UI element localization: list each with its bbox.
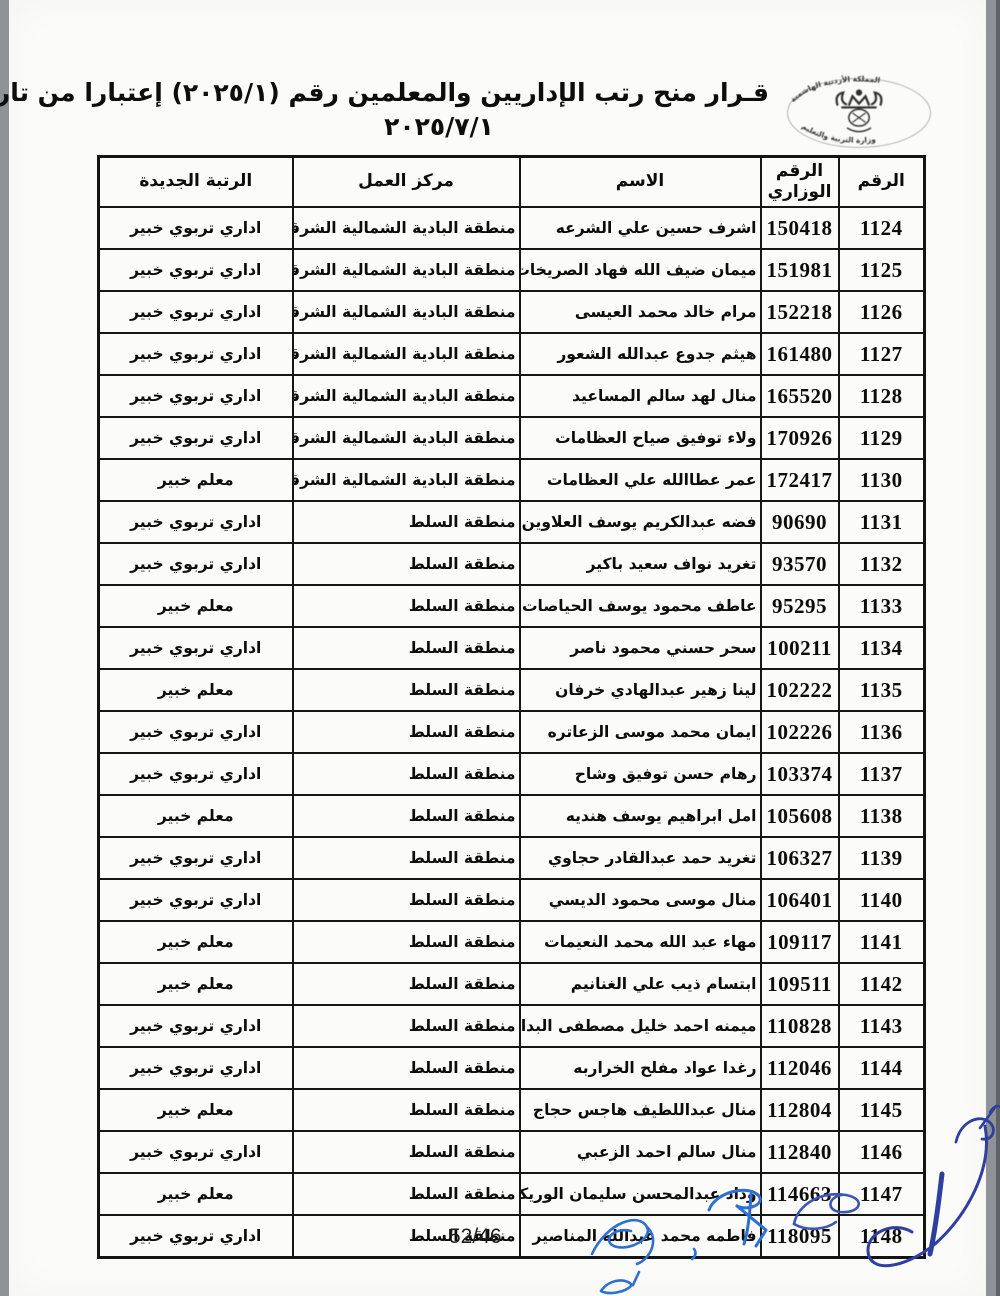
cell-number: 1141 [839,921,925,963]
table-row: 1126 152218 مرام خالد محمد العيسى منطقة … [99,291,925,333]
title-line-1: قـرار منح رتب الإداريين والمعلمين رقم (٢… [109,76,769,110]
cell-ministry-number: 150418 [761,207,839,249]
cell-work-center: منطقة السلط [293,795,520,837]
cell-number: 1145 [839,1089,925,1131]
cell-work-center: منطقة السلط [293,963,520,1005]
cell-new-rank: معلم خبير [99,459,293,501]
cell-ministry-number: 170926 [761,417,839,459]
table-row: 1141 109117 مهاء عبد الله محمد النعيمات … [99,921,925,963]
table-row: 1133 95295 عاطف محمود يوسف الحياصات منطق… [99,585,925,627]
column-header-work-center: مركز العمل [293,157,520,208]
cell-name: منال لهد سالم المساعيد [520,375,761,417]
cell-work-center: منطقة السلط [293,1047,520,1089]
cell-name: عاطف محمود يوسف الحياصات [520,585,761,627]
cell-number: 1142 [839,963,925,1005]
column-header-number: الرقم [839,157,925,208]
cell-new-rank: معلم خبير [99,1089,293,1131]
cell-name: فاطمه محمد عبدالله المناصير [520,1215,761,1258]
cell-number: 1133 [839,585,925,627]
cell-ministry-number: 109117 [761,921,839,963]
cell-ministry-number: 161480 [761,333,839,375]
table-row: 1140 106401 منال موسى محمود الديسي منطقة… [99,879,925,921]
cell-work-center: منطقة البادية الشمالية الشرقية [293,291,520,333]
cell-name: منال عبداللطيف هاجس حجاج [520,1089,761,1131]
cell-name: اشرف حسين علي الشرعه [520,207,761,249]
cell-new-rank: اداري تربوي خبير [99,711,293,753]
cell-name: منال سالم احمد الزعبي [520,1131,761,1173]
cell-work-center: منطقة السلط [293,585,520,627]
title-line-2: ٢٠٢٥/٧/١ [109,110,769,143]
cell-name: مرام خالد محمد العيسى [520,291,761,333]
cell-ministry-number: 112804 [761,1089,839,1131]
table-row: 1147 114663 وداد عبدالمحسن سليمان الوريك… [99,1173,925,1215]
cell-number: 1138 [839,795,925,837]
cell-number: 1137 [839,753,925,795]
table-row: 1143 110828 ميمنه احمد خليل مصطفى البداد… [99,1005,925,1047]
cell-number: 1130 [839,459,925,501]
cell-work-center: منطقة السلط [293,543,520,585]
table-row: 1124 150418 اشرف حسين علي الشرعه منطقة ا… [99,207,925,249]
cell-ministry-number: 106401 [761,879,839,921]
table-header-row: الرقم الرقم الوزاري الاسم مركز العمل الر… [99,157,925,208]
cell-number: 1147 [839,1173,925,1215]
cell-number: 1143 [839,1005,925,1047]
table-row: 1139 106327 تغريد حمد عبدالقادر حجاوي من… [99,837,925,879]
table-row: 1145 112804 منال عبداللطيف هاجس حجاج منط… [99,1089,925,1131]
table-row: 1135 102222 لينا زهير عبدالهادي خرفان من… [99,669,925,711]
cell-number: 1139 [839,837,925,879]
cell-ministry-number: 93570 [761,543,839,585]
cell-work-center: منطقة السلط [293,879,520,921]
cell-name: ابتسام ذيب علي الغنانيم [520,963,761,1005]
cell-work-center: منطقة السلط [293,1089,520,1131]
column-header-name: الاسم [520,157,761,208]
cell-number: 1128 [839,375,925,417]
cell-number: 1127 [839,333,925,375]
table-row: 1130 172417 عمر عطاالله علي العظامات منط… [99,459,925,501]
cell-ministry-number: 118095 [761,1215,839,1258]
cell-work-center: منطقة السلط [293,837,520,879]
cell-new-rank: اداري تربوي خبير [99,417,293,459]
scanned-document-page: { "page": { "background_color": "#8f9296… [0,0,1000,1296]
cell-name: ايمان محمد موسى الزعاتره [520,711,761,753]
cell-number: 1136 [839,711,925,753]
ministry-of-education-seal-logo: المملكة الأردنية الهاشمية وزارة التربية … [779,74,939,152]
cell-new-rank: معلم خبير [99,669,293,711]
cell-name: لينا زهير عبدالهادي خرفان [520,669,761,711]
cell-name: عمر عطاالله علي العظامات [520,459,761,501]
cell-work-center: منطقة السلط [293,1131,520,1173]
table-row: 1136 102226 ايمان محمد موسى الزعاتره منط… [99,711,925,753]
table-row: 1148 118095 فاطمه محمد عبدالله المناصير … [99,1215,925,1258]
cell-name: رهام حسن توفيق وشاح [520,753,761,795]
cell-ministry-number: 152218 [761,291,839,333]
cell-ministry-number: 102226 [761,711,839,753]
cell-work-center: منطقة البادية الشمالية الشرقية [293,207,520,249]
rank-grant-table: الرقم الرقم الوزاري الاسم مركز العمل الر… [97,155,926,1259]
cell-name: ميمان ضيف الله فهاد الصريخات [520,249,761,291]
cell-work-center: منطقة البادية الشمالية الشرقية [293,249,520,291]
cell-new-rank: اداري تربوي خبير [99,543,293,585]
column-header-ministry-number: الرقم الوزاري [761,157,839,208]
cell-name: ولاء توفيق صياح العظامات [520,417,761,459]
cell-work-center: منطقة السلط [293,921,520,963]
cell-new-rank: معلم خبير [99,963,293,1005]
cell-number: 1129 [839,417,925,459]
cell-new-rank: معلم خبير [99,921,293,963]
cell-ministry-number: 114663 [761,1173,839,1215]
cell-ministry-number: 110828 [761,1005,839,1047]
cell-ministry-number: 105608 [761,795,839,837]
cell-ministry-number: 165520 [761,375,839,417]
cell-name: وداد عبدالمحسن سليمان الوريكات [520,1173,761,1215]
column-header-new-rank: الرتبة الجديدة [99,157,293,208]
cell-new-rank: اداري تربوي خبير [99,627,293,669]
cell-new-rank: اداري تربوي خبير [99,753,293,795]
table-row: 1131 90690 فضه عبدالكريم يوسف العلاوين م… [99,501,925,543]
cell-number: 1135 [839,669,925,711]
table-row: 1134 100211 سحر حسني محمود ناصر منطقة ال… [99,627,925,669]
table-row: 1142 109511 ابتسام ذيب علي الغنانيم منطق… [99,963,925,1005]
cell-new-rank: اداري تربوي خبير [99,333,293,375]
cell-number: 1132 [839,543,925,585]
cell-work-center: منطقة السلط [293,1005,520,1047]
cell-new-rank: معلم خبير [99,795,293,837]
cell-number: 1146 [839,1131,925,1173]
table-row: 1128 165520 منال لهد سالم المساعيد منطقة… [99,375,925,417]
cell-work-center: منطقة السلط [293,627,520,669]
cell-number: 1126 [839,291,925,333]
cell-new-rank: اداري تربوي خبير [99,837,293,879]
cell-name: فضه عبدالكريم يوسف العلاوين [520,501,761,543]
seal-crown-emblem [837,91,882,132]
cell-new-rank: معلم خبير [99,1173,293,1215]
table-row: 1132 93570 تغريد نواف سعيد باكير منطقة ا… [99,543,925,585]
cell-new-rank: اداري تربوي خبير [99,375,293,417]
cell-work-center: منطقة البادية الشمالية الشرقية [293,375,520,417]
cell-number: 1140 [839,879,925,921]
scan-edge-shadow [996,0,1000,1296]
cell-work-center: منطقة البادية الشمالية الشرقية [293,333,520,375]
document-paper: قـرار منح رتب الإداريين والمعلمين رقم (٢… [9,0,986,1296]
table-row: 1129 170926 ولاء توفيق صياح العظامات منط… [99,417,925,459]
cell-name: منال موسى محمود الديسي [520,879,761,921]
cell-number: 1134 [839,627,925,669]
cell-name: مهاء عبد الله محمد النعيمات [520,921,761,963]
table-row: 1125 151981 ميمان ضيف الله فهاد الصريخات… [99,249,925,291]
cell-number: 1148 [839,1215,925,1258]
cell-ministry-number: 106327 [761,837,839,879]
cell-number: 1131 [839,501,925,543]
cell-name: ميمنه احمد خليل مصطفى البداد [520,1005,761,1047]
cell-new-rank: اداري تربوي خبير [99,207,293,249]
cell-name: سحر حسني محمود ناصر [520,627,761,669]
cell-new-rank: اداري تربوي خبير [99,879,293,921]
cell-work-center: منطقة السلط [293,1173,520,1215]
cell-name: رغدا عواد مفلح الخراربه [520,1047,761,1089]
cell-name: امل ابراهيم يوسف هنديه [520,795,761,837]
cell-work-center: منطقة السلط [293,669,520,711]
cell-number: 1124 [839,207,925,249]
cell-ministry-number: 103374 [761,753,839,795]
cell-new-rank: اداري تربوي خبير [99,501,293,543]
table-row: 1138 105608 امل ابراهيم يوسف هنديه منطقة… [99,795,925,837]
cell-ministry-number: 109511 [761,963,839,1005]
cell-name: هيثم جدوع عبدالله الشعور [520,333,761,375]
cell-ministry-number: 172417 [761,459,839,501]
table-row: 1146 112840 منال سالم احمد الزعبي منطقة … [99,1131,925,1173]
cell-ministry-number: 100211 [761,627,839,669]
cell-name: تغريد نواف سعيد باكير [520,543,761,585]
document-title: قـرار منح رتب الإداريين والمعلمين رقم (٢… [109,76,769,143]
cell-number: 1125 [839,249,925,291]
cell-new-rank: معلم خبير [99,585,293,627]
table-row: 1144 112046 رغدا عواد مفلح الخراربه منطق… [99,1047,925,1089]
cell-new-rank: اداري تربوي خبير [99,1047,293,1089]
cell-new-rank: اداري تربوي خبير [99,1005,293,1047]
cell-new-rank: اداري تربوي خبير [99,249,293,291]
cell-new-rank: اداري تربوي خبير [99,1215,293,1258]
table-row: 1137 103374 رهام حسن توفيق وشاح منطقة ال… [99,753,925,795]
cell-work-center: منطقة البادية الشمالية الشرقية [293,459,520,501]
cell-ministry-number: 90690 [761,501,839,543]
cell-ministry-number: 112046 [761,1047,839,1089]
cell-name: تغريد حمد عبدالقادر حجاوي [520,837,761,879]
cell-number: 1144 [839,1047,925,1089]
cell-work-center: منطقة السلط [293,711,520,753]
table-row: 1127 161480 هيثم جدوع عبدالله الشعور منط… [99,333,925,375]
cell-new-rank: اداري تربوي خبير [99,291,293,333]
cell-ministry-number: 102222 [761,669,839,711]
cell-ministry-number: 95295 [761,585,839,627]
cell-work-center: منطقة البادية الشمالية الشرقية [293,417,520,459]
cell-ministry-number: 151981 [761,249,839,291]
page-number: 52/46 [449,1225,502,1249]
cell-work-center: منطقة السلط [293,753,520,795]
cell-ministry-number: 112840 [761,1131,839,1173]
cell-work-center: منطقة السلط [293,501,520,543]
cell-new-rank: اداري تربوي خبير [99,1131,293,1173]
